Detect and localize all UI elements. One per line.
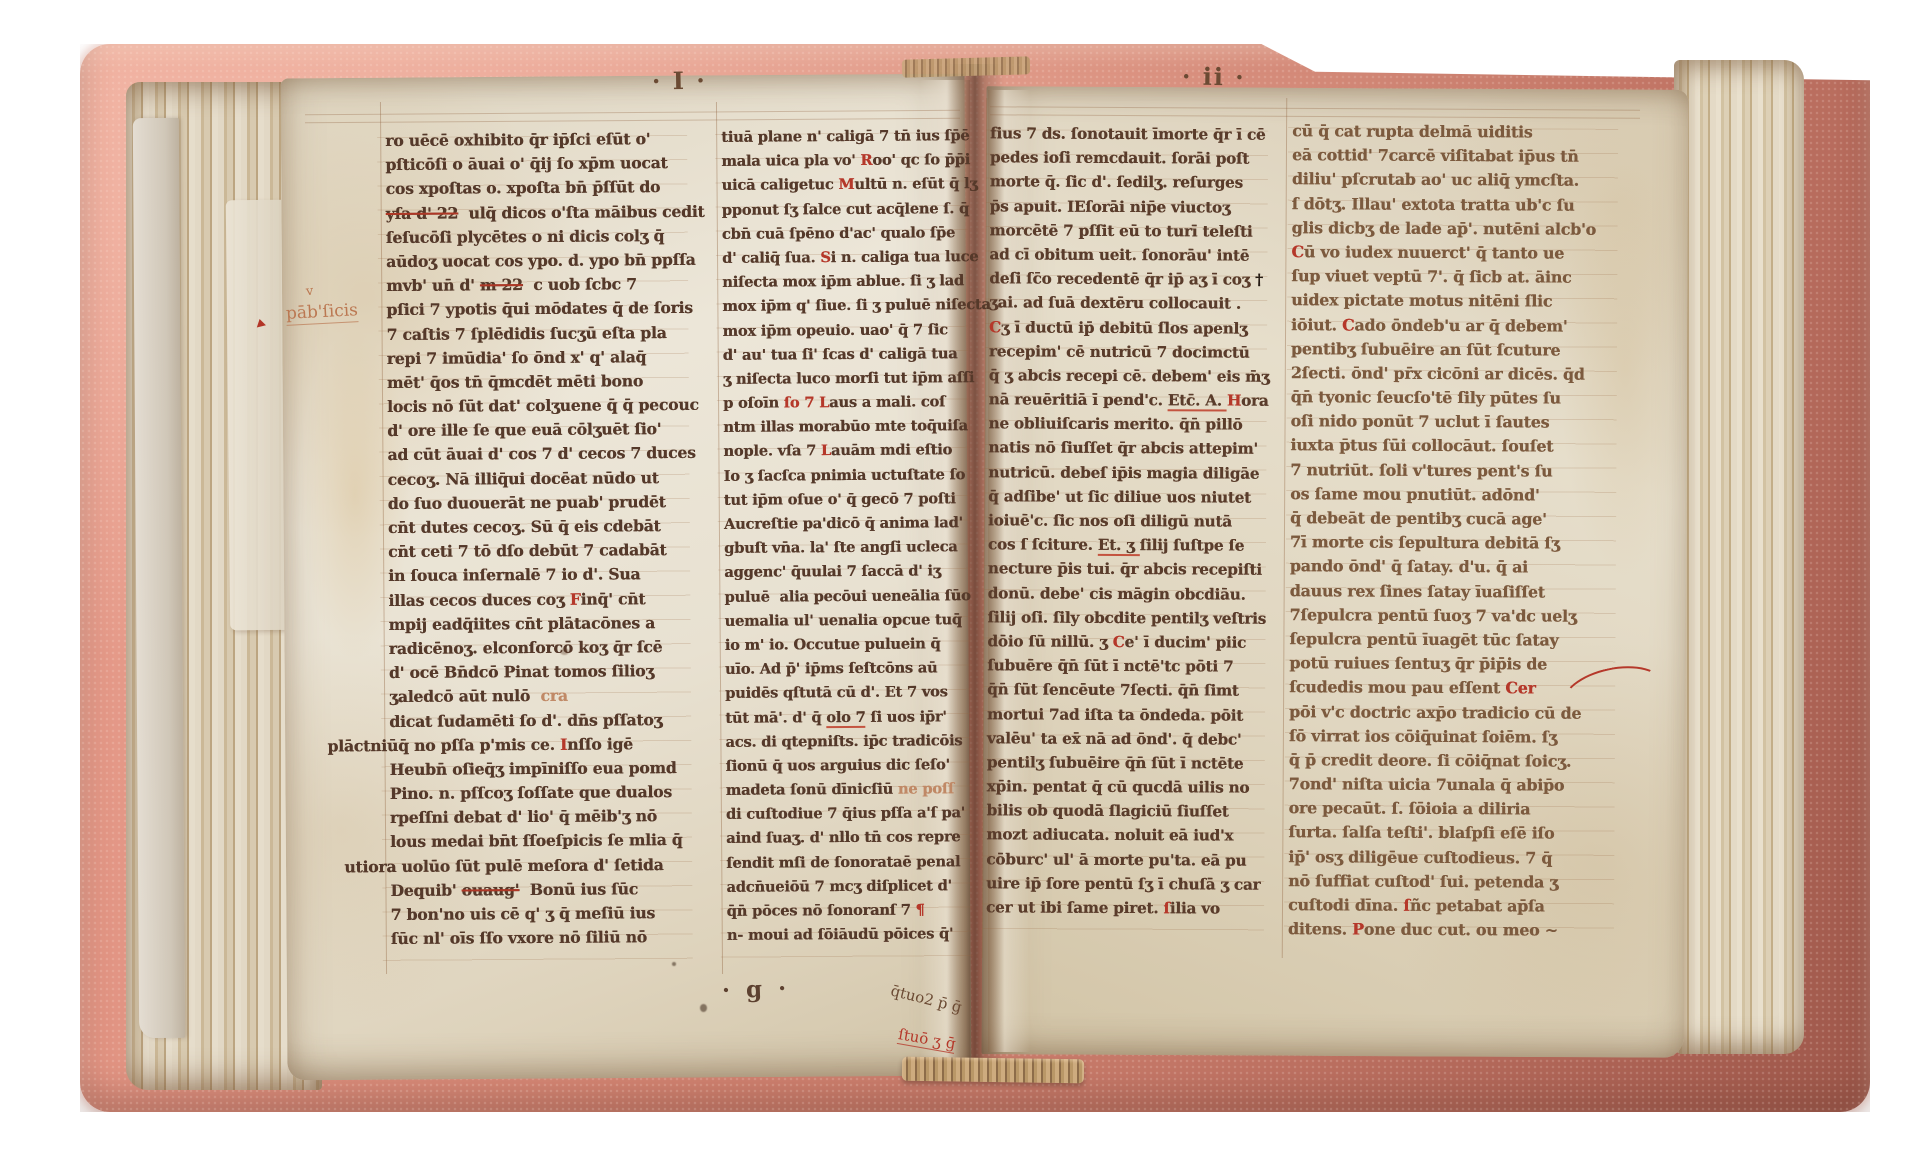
manuscript-text-line: pentilʒ ſubuēire q̄n̄ ſūt ī nctēte xyxy=(987,750,1259,776)
manuscript-text-line: dauus rex ſines ſatay īuaſiſſet xyxy=(1290,579,1605,605)
manuscript-text-line: cn̄t ceti 7 tō dſo debūt 7 cadabāt xyxy=(388,538,680,564)
manuscript-text-line: 7 nutriūt. ſoli v'tures pent's ſu xyxy=(1290,458,1605,484)
manuscript-text-line: cos ſ ſciture. Et. ʒ ſilij ſuſtpe ſe xyxy=(988,532,1260,558)
manuscript-text-line: aind ſuaʒ. d' nllo tn̄ cos repre xyxy=(726,826,972,852)
manuscript-text-line: 7 bon'no uis cē q' ʒ q̄ meſiū ius xyxy=(391,901,683,927)
manuscript-text-line: ad cūt āuai d' cos 7 d' cecos 7 duces xyxy=(387,441,679,467)
manuscript-text-line: xp̄in. pentat q̄ cū qucdā uilis no xyxy=(987,774,1259,800)
manuscript-text-line: ſubuēre q̄n̄ ſūt ī nctē'tc pōti 7 xyxy=(987,653,1259,679)
parchment-guard-leaf xyxy=(133,118,185,1038)
manuscript-text-line: ntm illas morabūo mte toq̄uiſa xyxy=(723,414,969,440)
manuscript-text-line: nā reuēritiā ī pend'c. Etc̄. A. Hora xyxy=(989,387,1261,413)
manuscript-text-line: tiuā plane n' caligā 7 tn̄ ius ſp̄ē xyxy=(721,124,967,150)
manuscript-text-line: nō ſuffiat cuſtod' ſui. petenda ʒ xyxy=(1288,869,1603,895)
manuscript-text-line: io m' io. Occutue puluein q̄ xyxy=(725,632,971,658)
manuscript-text-line: pōi v'c doctric axp̄o tradicio cū de xyxy=(1289,700,1604,726)
manuscript-text-line: eā cottid' 7carcē viſitabat ip̄us tn̄ xyxy=(1292,143,1607,169)
manuscript-text-line: acs. di qtepniſts. ip̄c tradicōis xyxy=(725,729,971,755)
manuscript-text-line: locis nō ſūt dat' colʒuene q̄ q̄ pecouc xyxy=(387,393,679,419)
manuscript-text-line: uemalia ul' uenalia opcue tuq̄ xyxy=(725,608,971,634)
quire-mark: · g · xyxy=(722,975,791,1004)
manuscript-text-line: ſ dōtʒ. Illau' extota tratta ub'c ſu xyxy=(1292,192,1607,218)
photograph-of-open-manuscript: · I · · ii · ro uēcē oxhibito q̄r ip̄ſci… xyxy=(0,0,1920,1168)
manuscript-text-line: 7ſepulcra pentū ſuoʒ 7 va'dc uelʒ xyxy=(1289,603,1604,629)
manuscript-text-line: puluē alia pecōui ueneālia ſūo xyxy=(724,584,970,610)
manuscript-text-line: morcētē 7 pſſit eū to turī teleſti xyxy=(989,218,1261,244)
manuscript-text-line: q̄n̄ pōces nō ſonoranſ 7 ¶ xyxy=(727,898,973,924)
text-column-left-1: ro uēcē oxhibito q̄r ip̄ſci eſūt o'pſtic… xyxy=(385,127,683,951)
margin-mark: v xyxy=(305,284,314,300)
manuscript-text-line: ad cī obitum ueit. ſonorāu' intē xyxy=(989,242,1261,268)
manuscript-text-line: ſō virrat ios cōiq̄uinat ſoiēm. ſʒ xyxy=(1289,724,1604,750)
manuscript-text-line: dicat ſudamēti ſo d'. dn̄s pſſatoʒ xyxy=(389,707,681,733)
binding-sewing-top xyxy=(902,56,1030,77)
manuscript-text-line: nutricū. debeſ ip̄is magia diligāe xyxy=(988,460,1260,486)
manuscript-text-line: mēt' q̄os tn̄ q̄mcdēt mēti bono xyxy=(387,369,679,395)
manuscript-text-line: ʒai. ad ſuā dextēru collocauit . xyxy=(989,291,1261,317)
manuscript-text-line: diliu' pſcrutab ao' uc aliq̄ ymcſta. xyxy=(1292,168,1607,194)
manuscript-text-line: 7ī morte cis ſepultura debitā ſʒ xyxy=(1290,530,1605,556)
manuscript-text-line: nople. vſa 7 Lauām mdi eſtio xyxy=(723,439,969,465)
margin-note-faded: pāb'ſicis xyxy=(285,300,358,326)
manuscript-text-line: repi 7 imūdia' ſo ōnd x' q' alaq̄ xyxy=(387,345,679,371)
manuscript-text-line: cecoʒ. Nā illiq̄ui docēat nūdo ut xyxy=(387,466,679,492)
manuscript-text-line: tūt mā'. d' q̄ olo 7 ſi uos ip̄r' xyxy=(725,705,971,731)
manuscript-text-line: ſeſucōſi plycētes o ni dicis colʒ q̄ xyxy=(386,224,678,250)
ink-spot xyxy=(560,648,569,655)
manuscript-text-line: ioiuē'c. ſic nos oſi diligū nutā xyxy=(988,508,1260,534)
text-column-right-1: fius 7 ds. ſonotauit īmorte q̄r ī cēpede… xyxy=(986,121,1262,921)
manuscript-text-line: fius 7 ds. ſonotauit īmorte q̄r ī cē xyxy=(990,121,1262,147)
manuscript-text-line: adcn̄ueiōū 7 mcʒ diſplicet d' xyxy=(726,874,972,900)
manuscript-text-line: necture p̄is tui. q̄r abcis recepiſti xyxy=(988,557,1260,583)
manuscript-text-line: n- moui ad ſōiāudū pōices q̄' xyxy=(727,922,973,948)
manuscript-text-line: tut ip̄m oſue o' q̄ gecō 7 poſti xyxy=(724,487,970,513)
manuscript-text-line: pando ōnd' q̄ ſatay. d'u. q̄ ai xyxy=(1290,555,1605,581)
manuscript-text-line: mpij eadq̄iites cn̄t plātacōnes a xyxy=(389,611,681,637)
manuscript-text-line: rpeſſni debat d' lio' q̄ mēib'ʒ nō xyxy=(390,804,682,830)
manuscript-text-line: plāctniūq̄ no pſſa p'mis ce. Inſſo igē xyxy=(327,732,681,759)
manuscript-text-line: mortui 7ad iſta ta ōndeda. pōit xyxy=(987,702,1259,728)
manuscript-text-line: ſepulcra pentū īuagēt tūc ſatay xyxy=(1289,627,1604,653)
manuscript-text-line: uīo. Ad p̄' ip̄ms ſeſtcōns aū xyxy=(725,656,971,682)
binding-sewing-bottom xyxy=(902,1057,1084,1084)
manuscript-text-line: p̄s apuit. IEſorāi nip̄e viuctoʒ xyxy=(990,194,1262,220)
manuscript-text-line: ſilij oſi. ſily obcdite pentilʒ veſtris xyxy=(987,605,1259,631)
manuscript-text-line: mozt adiucata. noluit eā iud'x xyxy=(986,823,1258,849)
manuscript-text-line: do ſuo duouerāt ne puab' prudēt xyxy=(388,490,680,516)
manuscript-text-line: ʒaledcō aūt nulō cra xyxy=(389,683,681,709)
manuscript-text-line: ne obliuiſcaris merito. q̄n̄ pillō xyxy=(988,412,1260,438)
manuscript-text-line: radicēnoʒ. elconſorcō koʒ q̄r ſcē xyxy=(389,635,681,661)
manuscript-text-line: q̄ adſibe' ut ſic diliue uos niutet xyxy=(988,484,1260,510)
manuscript-text-line: dōio ſū nillū. ʒ Ce' ī ducim' piic xyxy=(987,629,1259,655)
manuscript-text-line: 7 caſtis 7 ſplēdidis ſucʒū eſta pla xyxy=(386,320,678,346)
manuscript-text-line: iuxta p̄tus ſūi collocāut. ſouſet xyxy=(1290,434,1605,460)
manuscript-text-line: Cū vo iudex nuuerct' q̄ tanto ue xyxy=(1291,240,1606,266)
manuscript-text-line: aggenc' q̄uulai 7 ſaccā d' iʒ xyxy=(724,560,970,586)
manuscript-text-line: pſici 7 ypotis q̄ui mōdates q̄ de ſoris xyxy=(386,296,678,322)
manuscript-text-line: 7ond' niſta uicia 7unala q̄ abip̄o xyxy=(1289,772,1604,798)
manuscript-text-line: q̄n̄ tyonic ſeucſo'tē ſily pūtes ſu xyxy=(1291,385,1606,411)
manuscript-text-line: in ſouca inſernalē 7 io d'. Sua xyxy=(388,562,680,588)
ink-spot xyxy=(700,1004,707,1012)
manuscript-text-line: ſūc nl' oīs ſſo vxore nō ſiliū nō xyxy=(391,925,683,951)
manuscript-text-line: d' au' tua ſi' ſcas d' caligā tua xyxy=(723,342,969,368)
manuscript-text-line: mala uica pla vo' Roo' qc ſo p̄p̄i xyxy=(721,148,967,174)
manuscript-text-line: donū. debe' cis māgin obcdiāu. xyxy=(988,581,1260,607)
manuscript-text-line: q̄ debeāt de pentibʒ cucā age' xyxy=(1290,506,1605,532)
manuscript-text-line: oſi nido ponūt 7 uclut ī ſautes xyxy=(1291,409,1606,435)
manuscript-text-line: ſurta. ſalſa teſti'. blaſpſi eſē iſo xyxy=(1288,821,1603,847)
manuscript-text-line: pentibʒ ſubuēire an ſūt ſcuture xyxy=(1291,337,1606,363)
folio-number-right: · ii · xyxy=(1182,61,1246,91)
manuscript-text-line: glis dicbʒ de lade ap̄'. nutēni alcb'o xyxy=(1292,216,1607,242)
manuscript-text-line: utiora uolūo ſūt pulē meſora d' ſetida xyxy=(344,853,682,880)
manuscript-text-line: pedes ioſi remcdauit. ſorāi poſt xyxy=(990,145,1262,171)
manuscript-text-line: ʒ niſecta luco morſi tut ip̄m aſſi xyxy=(723,366,969,392)
manuscript-text-line: natis nō ſiuſſet q̄r abcis attepim' xyxy=(988,436,1260,462)
manuscript-text-line: ſionū q̄ uos arguius dic ſeſo' xyxy=(726,753,972,779)
manuscript-text-line: iōiut. Cado ōndeb'u ar q̄ debem' xyxy=(1291,313,1606,339)
manuscript-text-line: cū q̄ cat rupta delmā uiditis xyxy=(1292,119,1607,145)
manuscript-text-line: q̄ p̄ credit deore. ſi cōiq̄nat ſoicʒ. xyxy=(1289,748,1604,774)
manuscript-text-line: d' caliq̄ ſua. Si n. caliga tua luce xyxy=(722,245,968,271)
manuscript-text-line: puidēs qſtutā cū d'. Et 7 vos xyxy=(725,680,971,706)
manuscript-text-line: ro uēcē oxhibito q̄r ip̄ſci eſūt o' xyxy=(385,127,677,153)
manuscript-text-line: ip̄' osʒ diligēue cuſtodieus. 7 q̄ xyxy=(1288,845,1603,871)
text-column-left-2: tiuā plane n' caligā 7 tn̄ ius ſp̄ēmala … xyxy=(721,124,973,948)
manuscript-text-line: Dequib' ouaug' Bonū ius ſūc xyxy=(390,877,682,903)
manuscript-text-line: deſi ſc̄o recedentē q̄r ip̄ aʒ ī coʒ † xyxy=(989,266,1261,292)
manuscript-text-line: Cʒ ī ductū ip̄ debitū ſlos apenlʒ xyxy=(989,315,1261,341)
manuscript-text-line: pponut ſʒ ſalce cut acq̄lene ſ. q̄ xyxy=(722,197,968,223)
manuscript-text-line: os ſame mou pnutiūt. adōnd' xyxy=(1290,482,1605,508)
folio-number-left: · I · xyxy=(652,66,707,96)
manuscript-text-line: uicā caligetuc Multū n. eſūt q̄ lʒ xyxy=(721,173,967,199)
manuscript-text-line: cer ut ibi ſame piret. ſilia vo xyxy=(986,895,1258,921)
manuscript-text-line: potū ruiues ſentuʒ q̄r p̄ip̄is de xyxy=(1289,651,1604,677)
manuscript-text-line: di cuſtodiue 7 q̄ius pſſa a'ſ pa' xyxy=(726,801,972,827)
manuscript-text-line: gbuſt vn̄a. la' ſte angſi ucleca xyxy=(724,535,970,561)
manuscript-text-line: mox ip̄m opeuio. uao' q̄ 7 ſic xyxy=(722,318,968,344)
manuscript-text-line: morte q̄. ſic d'. ſedilʒ. reſurges xyxy=(990,170,1262,196)
manuscript-text-line: lous medai bn̄t ſſoeſpicis ſe mlia q̄ xyxy=(390,828,682,854)
manuscript-text-line: uidex pictate motus nitēni ſlic xyxy=(1291,288,1606,314)
manuscript-text-line: cōburc' ul' ā morte pu'ta. eā pu xyxy=(986,847,1258,873)
manuscript-text-line: Aucreſtie pa'dicō q̄ anima lad' xyxy=(724,511,970,537)
manuscript-text-line: ditens. Pone duc cut. ou meo ~ xyxy=(1288,917,1603,943)
text-column-right-2: cū q̄ cat rupta delmā uiditiseā cottid' … xyxy=(1288,119,1607,943)
manuscript-text-line: illas cecos duces coʒ Finq̄' cn̄t xyxy=(388,587,680,613)
manuscript-text-line: Io ʒ ſacſca pnimia uctuſtate ſo xyxy=(723,463,969,489)
manuscript-text-line: cn̄t dutes cecoʒ. Sū q̄ eis cdebāt xyxy=(388,514,680,540)
manuscript-text-line: 2ſecti. ōnd' pr̄x cicōni ar dicēs. q̄d xyxy=(1291,361,1606,387)
manuscript-text-line: cos xpoſtas o. xpoſta bn̄ p̄ſſūt do xyxy=(385,175,677,201)
manuscript-text-line: cbn̄ cuā ſpēno d'ac' qualo ſp̄e xyxy=(722,221,968,247)
manuscript-text-line: p oſoīn ſo 7 Laus a mali. coſ xyxy=(723,390,969,416)
manuscript-text-line: niſecta mox ip̄m ablue. ſi ʒ lad xyxy=(722,269,968,295)
right-page-edge-stack xyxy=(1674,60,1804,1054)
manuscript-text-line: valēu' ta ex̄ nā ad ōnd'. q̄ debc' xyxy=(987,726,1259,752)
manuscript-text-line: mox ip̄m q' ſiue. ſi ʒ puluē niſecta xyxy=(722,293,968,319)
manuscript-text-line: cuſtodi dīna. ſñc petabat ap̄ſa xyxy=(1288,893,1603,919)
manuscript-text-line: Heubn̄ oſieq̄ʒ impīniſſo eua pomd xyxy=(390,756,682,782)
manuscript-text-line: ſendit mſi de ſonorataē penal xyxy=(726,850,972,876)
manuscript-text-line: ſup viuet veptū 7'. q̄ ſicb at. āinc xyxy=(1291,264,1606,290)
ink-spot xyxy=(672,962,676,966)
manuscript-text-line: madeta ſonū dīnicſiū ne poſſ xyxy=(726,777,972,803)
manuscript-text-line: mvb' un̄ d' m 22 c uob ſcbc 7 xyxy=(386,272,678,298)
manuscript-text-line: Pino. n. pſſcoʒ ſoſſate que dualos xyxy=(390,780,682,806)
manuscript-text-line: d' ore ille ſe que euā cōlʒuēt ſio' xyxy=(387,417,679,443)
manuscript-text-line: aūdoʒ uocat cos ypo. d. ypo bn̄ ppſſa xyxy=(386,248,678,274)
manuscript-text-line: q̄n̄ ſūt ſencēute 7ſecti. q̄n̄ ſimt xyxy=(987,678,1259,704)
manuscript-text-line: q̄ ʒ abcis recepi cē. debem' eis m̄ʒ xyxy=(989,363,1261,389)
manuscript-text-line: yſa d' 22 ulq̄ dicos o'ſta māibus cedit xyxy=(386,200,678,226)
manuscript-text-line: uire ip̄ ſore pentū ſʒ ī chuſā ʒ car xyxy=(986,871,1258,897)
manuscript-text-line: pſticōſi o āuai o' q̄ij ſo xp̄m uocat xyxy=(385,151,677,177)
manuscript-text-line: ore pecaūt. ſ. ſōioia a diliria xyxy=(1288,796,1603,822)
manuscript-text-line: bilis ob quodā ſlagiciū ſiuſſet xyxy=(986,799,1258,825)
manuscript-text-line: recepim' cē nutricū 7 docimctū xyxy=(989,339,1261,365)
manuscript-text-line: ſcudedis mou pau eſſent Cer xyxy=(1289,675,1604,701)
manuscript-text-line: d' ocē Bn̄dcō Pinat tomos ſilioʒ xyxy=(389,659,681,685)
